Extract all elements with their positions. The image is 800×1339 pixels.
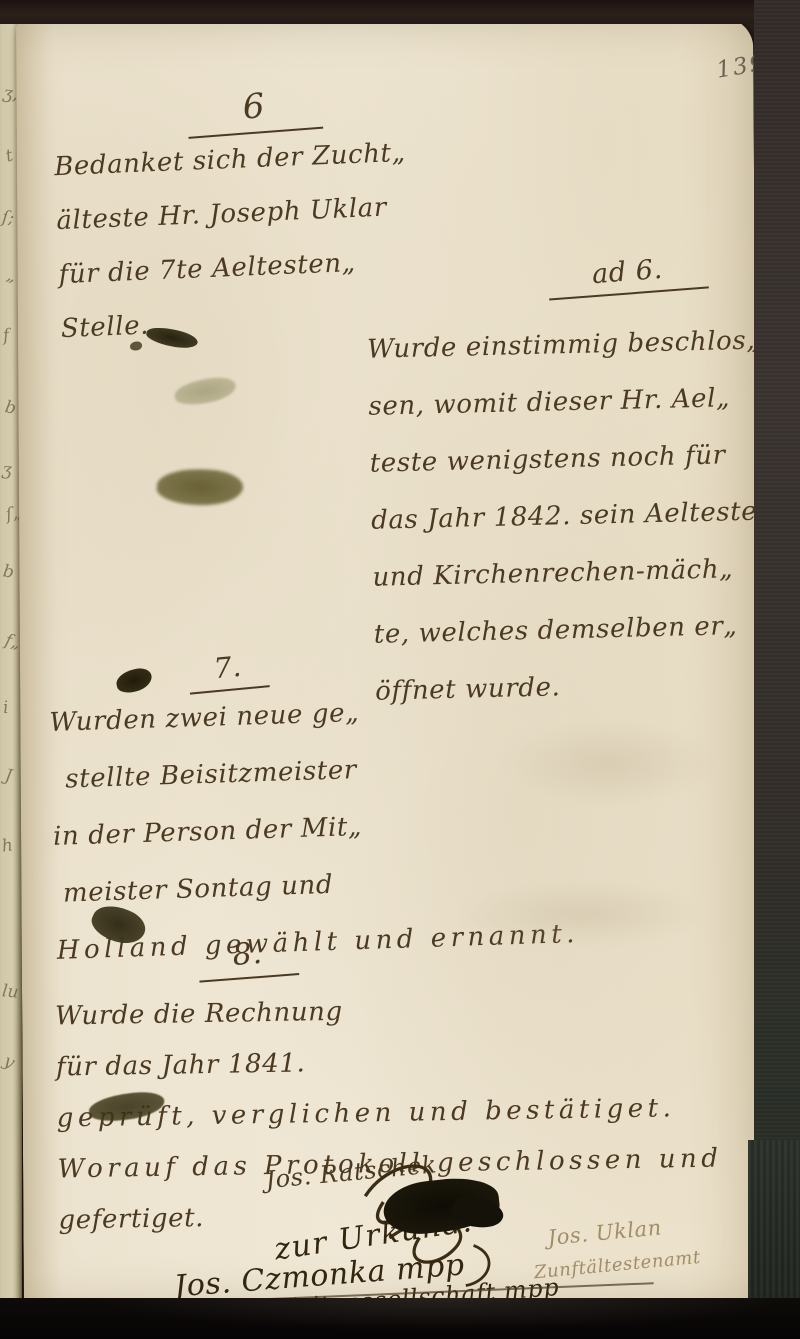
handwritten-line: Wurde einstimmig beschlos„	[366, 312, 785, 379]
margin-stroke-fragment: ſ;	[1, 209, 15, 227]
section-heading-ad6: ad 6.	[546, 251, 708, 301]
book-cover-right	[754, 0, 800, 1339]
paragraph-ad6: Wurde einstimmig beschlos„ sen, womit di…	[366, 312, 793, 721]
margin-stroke-fragment: „	[4, 267, 18, 286]
margin-stroke-fragment: ʒ	[1, 462, 12, 480]
book-cover-top	[0, 0, 800, 24]
handwritten-line: das Jahr 1842. sein Aeltesten„	[371, 483, 790, 550]
margin-stroke-fragment: h	[1, 837, 14, 855]
section-heading-8: 8.	[196, 933, 299, 982]
margin-stroke-fragment: t	[4, 147, 15, 165]
margin-stroke-fragment: lu	[1, 983, 19, 1002]
margin-stroke-fragment: i	[2, 700, 9, 717]
margin-stroke-fragment: b	[2, 563, 15, 581]
manuscript-page: 139 6 Bedanket sich der Zucht„ älteste H…	[16, 18, 761, 1306]
book-scan: ʒ, t ſ; „ f b ʒ ſ„ b f„ i J h lu y 139 6…	[0, 0, 800, 1339]
book-cover-bottom	[0, 1298, 800, 1339]
margin-stroke-fragment: J	[4, 768, 14, 786]
margin-stroke-fragment: f	[2, 328, 10, 346]
show-through-ghost	[500, 718, 721, 809]
margin-stroke-fragment: y	[1, 1053, 17, 1072]
handwritten-line: te, welches demselben er„	[373, 597, 792, 664]
show-through-ghost	[451, 878, 711, 950]
handwritten-line: und Kirchenrechen-mäch„	[372, 540, 791, 607]
paragraph-6: Bedanket sich der Zucht„ älteste Hr. Jos…	[53, 126, 413, 356]
ink-stain	[156, 466, 244, 507]
handwritten-line: teste wenigstens noch für	[369, 426, 788, 493]
margin-stroke-fragment: b	[4, 399, 18, 418]
ink-smudge	[173, 375, 238, 408]
handwritten-line: sen, womit dieser Hr. Ael„	[368, 369, 787, 436]
